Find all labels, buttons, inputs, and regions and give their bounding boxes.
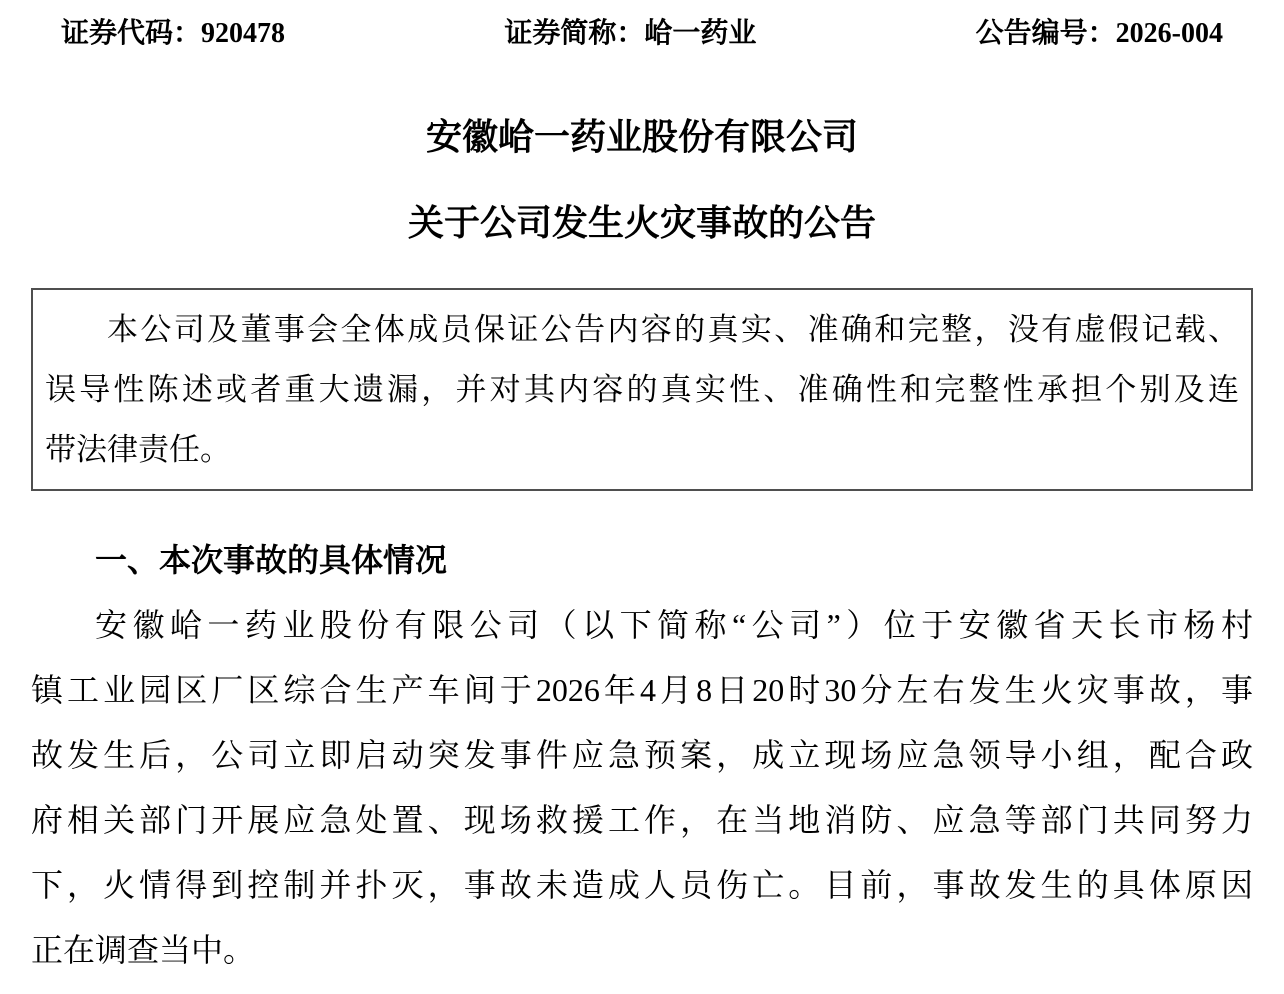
disclaimer-line: 带法律责任。 bbox=[45, 420, 1239, 480]
stock-name: 证券简称：峆一药业 bbox=[504, 16, 756, 52]
section-heading: 一、本次事故的具体情况 bbox=[31, 535, 1253, 585]
disclaimer-line: 误导性陈述或者重大遗漏，并对其内容的真实性、准确性和完整性承担个别及连 bbox=[45, 360, 1239, 420]
body-line: 镇工业园区厂区综合生产车间于2026年4月8日20时30分左右发生火灾事故，事 bbox=[31, 658, 1253, 723]
announcement-document: 证券代码：920478 证券简称：峆一药业 公告编号：2026-004 安徽峆一… bbox=[0, 0, 1284, 994]
section-body: 安徽峆一药业股份有限公司（以下简称“公司”）位于安徽省天长市杨村 镇工业园区厂区… bbox=[31, 593, 1253, 983]
body-line: 府相关部门开展应急处置、现场救援工作，在当地消防、应急等部门共同努力 bbox=[31, 788, 1253, 853]
body-line: 安徽峆一药业股份有限公司（以下简称“公司”）位于安徽省天长市杨村 bbox=[31, 593, 1253, 658]
document-header-row: 证券代码：920478 证券简称：峆一药业 公告编号：2026-004 bbox=[31, 16, 1253, 52]
announcement-number: 公告编号：2026-004 bbox=[976, 16, 1223, 52]
disclaimer-line: 本公司及董事会全体成员保证公告内容的真实、准确和完整，没有虚假记载、 bbox=[45, 300, 1239, 360]
stock-code: 证券代码：920478 bbox=[61, 16, 285, 52]
disclaimer-box: 本公司及董事会全体成员保证公告内容的真实、准确和完整，没有虚假记载、 误导性陈述… bbox=[31, 288, 1253, 491]
announcement-title: 关于公司发生火灾事故的公告 bbox=[31, 198, 1253, 248]
body-line: 正在调查当中。 bbox=[31, 918, 1253, 983]
body-line: 下，火情得到控制并扑灭，事故未造成人员伤亡。目前，事故发生的具体原因 bbox=[31, 853, 1253, 918]
company-title: 安徽峆一药业股份有限公司 bbox=[31, 112, 1253, 162]
body-line: 故发生后，公司立即启动突发事件应急预案，成立现场应急领导小组，配合政 bbox=[31, 723, 1253, 788]
